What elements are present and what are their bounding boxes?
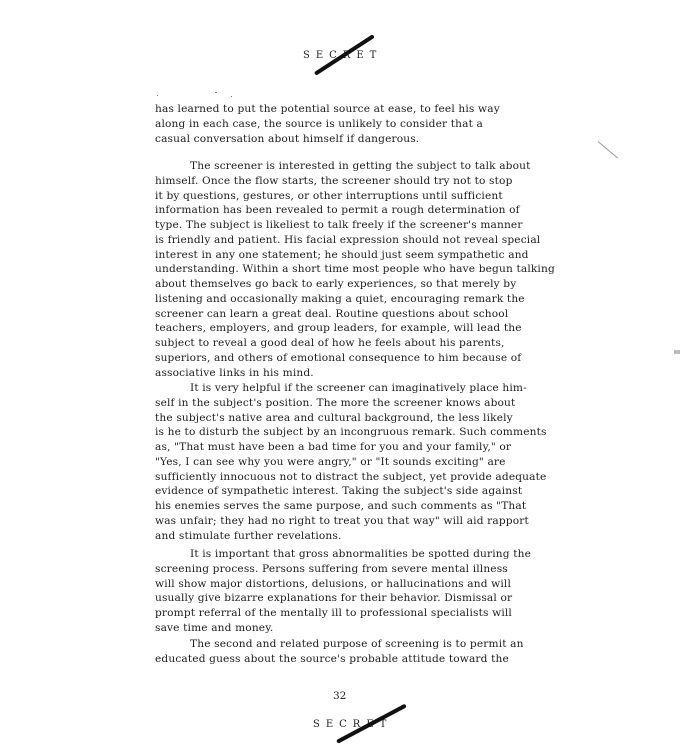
text-line: screening process. Persons suffering fro…: [155, 563, 508, 576]
text-line: information has been revealed to permit …: [155, 204, 520, 217]
text-line: evidence of sympathetic interest. Taking…: [155, 485, 522, 498]
text-line: it by questions, gestures, or other inte…: [155, 190, 503, 203]
text-line: himself. Once the flow starts, the scree…: [155, 175, 513, 188]
text-line: as, "That must have been a bad time for …: [155, 441, 511, 454]
text-line: teachers, employers, and group leaders, …: [155, 322, 522, 335]
text-line: type. The subject is likeliest to talk f…: [155, 219, 523, 232]
text-line: has learned to put the potential source …: [155, 103, 500, 116]
text-line: It is important that gross abnormalities…: [190, 548, 531, 561]
scan-speck: [231, 96, 232, 97]
text-line: listening and occasionally making a quie…: [155, 293, 525, 306]
text-line: save time and money.: [155, 622, 273, 635]
text-line: usually give bizarre explanations for th…: [155, 592, 512, 605]
text-line: will show major distortions, delusions, …: [155, 578, 511, 591]
text-line: subject to reveal a good deal of how he …: [155, 337, 505, 350]
text-line: The screener is interested in getting th…: [190, 160, 531, 173]
text-line: the subject's native area and cultural b…: [155, 412, 513, 425]
text-line: casual conversation about himself if dan…: [155, 133, 419, 146]
text-line: along in each case, the source is unlike…: [155, 118, 483, 131]
text-line: associative links in his mind.: [155, 367, 314, 380]
text-line: and stimulate further revelations.: [155, 530, 341, 543]
text-line: was unfair; they had no right to treat y…: [155, 515, 529, 528]
text-line: prompt referral of the mentally ill to p…: [155, 607, 512, 620]
text-line: It is very helpful if the screener can i…: [190, 382, 527, 395]
text-line: self in the subject's position. The more…: [155, 397, 515, 410]
document-page: SECRET has learned to put the potential …: [0, 0, 687, 750]
scan-speck: [215, 92, 217, 93]
page-number: 32: [333, 690, 346, 702]
text-line: educated guess about the source's probab…: [155, 653, 509, 666]
text-line: about themselves go back to early experi…: [155, 278, 516, 291]
text-line: is he to disturb the subject by an incon…: [155, 426, 547, 439]
text-line: "Yes, I can see why you were angry," or …: [155, 456, 506, 469]
scan-mark: [598, 141, 619, 158]
text-line: is friendly and patient. His facial expr…: [155, 234, 540, 247]
text-line: screener can learn a great deal. Routine…: [155, 308, 508, 321]
scan-speck: [674, 350, 680, 354]
text-line: The second and related purpose of screen…: [190, 638, 524, 651]
text-line: his enemies serves the same purpose, and…: [155, 500, 526, 513]
text-line: interest in any one statement; he should…: [155, 249, 529, 262]
text-line: understanding. Within a short time most …: [155, 263, 555, 276]
scan-speck: [157, 95, 158, 96]
text-line: superiors, and others of emotional conse…: [155, 352, 521, 365]
text-line: sufficiently innocuous not to distract t…: [155, 471, 546, 484]
